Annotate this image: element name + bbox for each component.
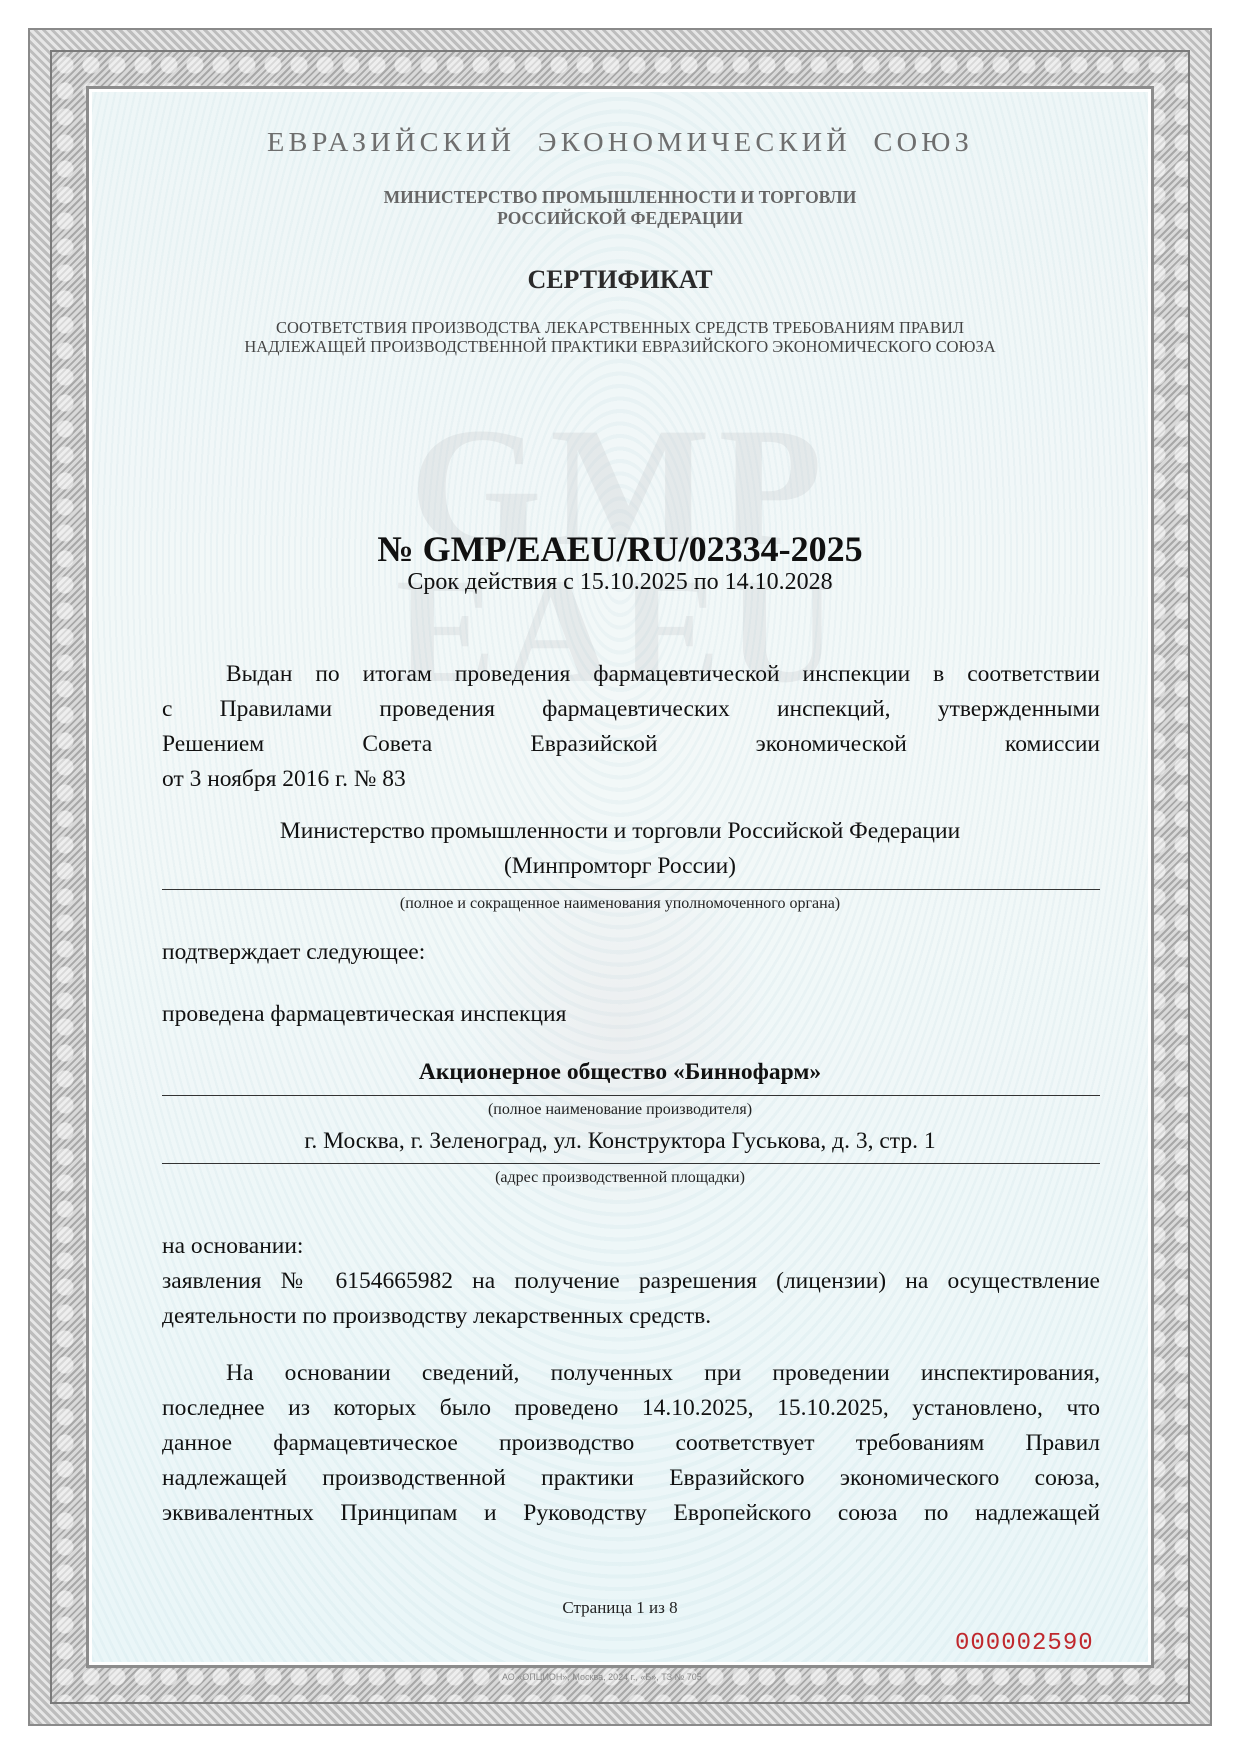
issued-line3: Решением Совета Евразийской экономическо… bbox=[162, 727, 1100, 762]
conclusion-line2: последнее из которых было проведено 14.1… bbox=[162, 1391, 1100, 1426]
site-underline bbox=[162, 1163, 1100, 1164]
ministry-heading-line2: РОССИЙСКОЙ ФЕДЕРАЦИИ bbox=[0, 208, 1240, 229]
conclusion-line3: данное фармацевтическое производство соо… bbox=[162, 1426, 1100, 1461]
issued-line2: с Правилами проведения фармацевтических … bbox=[162, 692, 1100, 727]
subtitle-line2: НАДЛЕЖАЩЕЙ ПРОИЗВОДСТВЕННОЙ ПРАКТИКИ ЕВР… bbox=[0, 337, 1240, 356]
conclusion-line5: эквивалентных Принципам и Руководству Ев… bbox=[162, 1496, 1100, 1531]
ministry-heading-line1: МИНИСТЕРСТВО ПРОМЫШЛЕННОСТИ И ТОРГОВЛИ bbox=[0, 187, 1240, 208]
basis-line2: деятельности по производству лекарственн… bbox=[162, 1299, 1100, 1334]
basis-label: на основании: bbox=[162, 1229, 1100, 1264]
manufacturer-underline bbox=[162, 1095, 1100, 1096]
manufacturer-name: Акционерное общество «Биннофарм» bbox=[0, 1059, 1240, 1086]
issued-line1: Выдан по итогам проведения фармацевтичес… bbox=[162, 657, 1100, 692]
conclusion-line4: надлежащей производственной практики Евр… bbox=[162, 1461, 1100, 1496]
union-heading: ЕВРАЗИЙСКИЙ ЭКОНОМИЧЕСКИЙ СОЮЗ bbox=[0, 127, 1240, 158]
basis-line1: заявления № 6154665982 на получение разр… bbox=[162, 1264, 1100, 1299]
document-subtitle: СООТВЕТСТВИЯ ПРОИЗВОДСТВА ЛЕКАРСТВЕННЫХ … bbox=[0, 318, 1240, 356]
inspection-done-label: проведена фармацевтическая инспекция bbox=[162, 997, 1100, 1032]
site-address: г. Москва, г. Зеленоград, ул. Конструкто… bbox=[0, 1128, 1240, 1155]
printer-imprint: АО «ОПЦИОН», Москва, 2024 г., «Б», ТЗ № … bbox=[502, 1672, 702, 1682]
conclusion-paragraph: На основании сведений, полученных при пр… bbox=[162, 1356, 1100, 1531]
confirms-label: подтверждает следующее: bbox=[162, 935, 1100, 970]
validity-period: Срок действия с 15.10.2025 по 14.10.2028 bbox=[0, 569, 1240, 596]
authority-caption: (полное и сокращенное наименования уполн… bbox=[0, 895, 1240, 913]
basis-block: на основании: заявления № 6154665982 на … bbox=[162, 1229, 1100, 1334]
certificate-number: № GMP/EAEU/RU/02334-2025 bbox=[0, 528, 1240, 570]
serial-number: 000002590 bbox=[955, 1630, 1094, 1657]
authority-underline bbox=[162, 889, 1100, 890]
authority-name: Министерство промышленности и торговли Р… bbox=[0, 818, 1240, 845]
ministry-heading: МИНИСТЕРСТВО ПРОМЫШЛЕННОСТИ И ТОРГОВЛИ Р… bbox=[0, 187, 1240, 229]
authority-short-name: (Минпромторг России) bbox=[0, 853, 1240, 880]
issued-line4: от 3 ноября 2016 г. № 83 bbox=[162, 762, 1100, 797]
document-title: СЕРТИФИКАТ bbox=[0, 265, 1240, 295]
subtitle-line1: СООТВЕТСТВИЯ ПРОИЗВОДСТВА ЛЕКАРСТВЕННЫХ … bbox=[0, 318, 1240, 337]
issued-paragraph: Выдан по итогам проведения фармацевтичес… bbox=[162, 657, 1100, 797]
manufacturer-caption: (полное наименование производителя) bbox=[0, 1101, 1240, 1119]
page-number: Страница 1 из 8 bbox=[0, 1598, 1240, 1618]
conclusion-line1: На основании сведений, полученных при пр… bbox=[162, 1356, 1100, 1391]
site-caption: (адрес производственной площадки) bbox=[0, 1169, 1240, 1187]
